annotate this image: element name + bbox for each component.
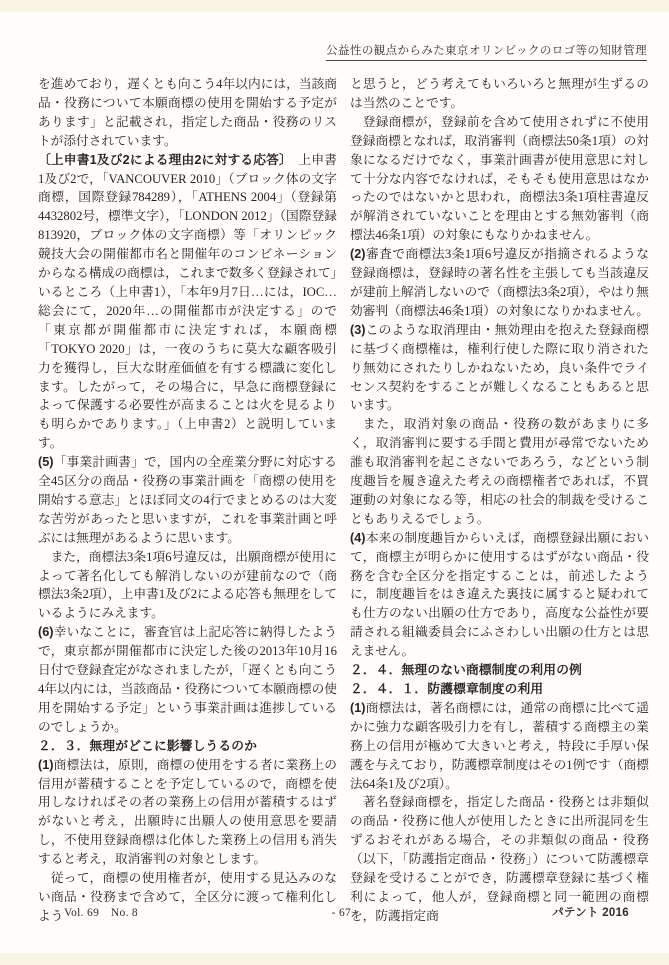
right-column: と思うと，どう考えてもいろいろと無理が生ずるのは当然のことです。登録商標が，登録… bbox=[350, 75, 649, 926]
paragraph-lead: (6) bbox=[38, 625, 54, 639]
article-body: を進めており，遅くとも向こう4年以内には，当該商品・役務について本願商標の使用を… bbox=[38, 75, 649, 926]
paragraph-lead: (2) bbox=[350, 247, 366, 261]
footer-volume: Vol. 69 No. 8 bbox=[64, 904, 138, 920]
document-page: 公益性の観点からみた東京オリンピックのロゴ等の知財管理 を進めており，遅くとも向… bbox=[0, 12, 669, 953]
paragraph-text: このような取消理由・無効理由を抱えた登録商標に基づく商標権は，権利行使した際に取… bbox=[350, 323, 649, 413]
paragraph: また，取消対象の商品・役務の数があまりに多く，取消審判に要する手間と費用が尋常で… bbox=[350, 415, 649, 528]
paragraph: (3)このような取消理由・無効理由を抱えた登録商標に基づく商標権は，権利行使した… bbox=[350, 321, 649, 416]
footer-page-number: - 67 - bbox=[138, 907, 552, 919]
paragraph: 〔上申書1及び2による理由2に対する応答〕 上申書1及び2で，「VANCOUVE… bbox=[38, 151, 337, 454]
paragraph: (1)商標法は，原則，商標の使用をする者に業務上の信用が蓄積することを予定してい… bbox=[38, 756, 337, 869]
paragraph-lead: (1) bbox=[38, 758, 54, 772]
paragraph: (5)「事業計画書」で，国内の全産業分野に対応する全45区分の商品・役務の事業計… bbox=[38, 453, 337, 548]
paragraph: (6)幸いなことに，審査官は上記応答に納得したようで，東京都が開催都市に決定した… bbox=[38, 623, 337, 736]
page-footer: Vol. 69 No. 8 - 67 - パテント 2016 bbox=[0, 904, 669, 920]
paragraph-text: 審査で商標法3条1項6号違反が指摘されるような登録商標は，登録時の著名性を主張し… bbox=[350, 247, 649, 318]
paragraph-lead: (4) bbox=[350, 531, 366, 545]
paragraph-lead: (5) bbox=[38, 455, 54, 469]
paragraph-lead: 〔上申書1及び2による理由2に対する応答〕 bbox=[38, 153, 286, 167]
paragraph-lead: (1) bbox=[350, 701, 366, 715]
paragraph: (4)本来の制度趣旨からいえば，商標登録出願において，商標主が明らかに使用するは… bbox=[350, 529, 649, 661]
left-column: を進めており，遅くとも向こう4年以内には，当該商品・役務について本願商標の使用を… bbox=[38, 75, 337, 926]
paragraph: 登録商標が，登録前を含めて使用されずに不使用登録商標となれば，取消審判（商標法5… bbox=[350, 113, 649, 245]
paragraph-text: 本来の制度趣旨からいえば，商標登録出願において，商標主が明らかに使用するはずがな… bbox=[350, 531, 649, 658]
section-heading: ２．４．１．防護標章制度の利用 bbox=[350, 680, 649, 699]
paragraph-text: 商標法は，原則，商標の使用をする者に業務上の信用が蓄積することを予定しているので… bbox=[38, 758, 337, 867]
paragraph: (1)商標法は，著名商標には，通常の商標に比べて遥かに強力な顧客吸引力を有し，蓄… bbox=[350, 699, 649, 794]
section-heading: ２．４．無理のない商標制度の利用の例 bbox=[350, 661, 649, 680]
footer-journal: パテント 2016 bbox=[552, 904, 629, 920]
paragraph: (2)審査で商標法3条1項6号違反が指摘されるような登録商標は，登録時の著名性を… bbox=[350, 245, 649, 321]
section-heading: ２．３．無理がどこに影響しうるのか bbox=[38, 737, 337, 756]
paragraph: と思うと，どう考えてもいろいろと無理が生ずるのは当然のことです。 bbox=[350, 75, 649, 113]
paragraph: また，商標法3条1項6号違反は，出願商標が使用によって著名化しても解消しないのが… bbox=[38, 548, 337, 624]
paragraph-lead: (3) bbox=[350, 323, 366, 337]
paragraph-text: 「事業計画書」で，国内の全産業分野に対応する全45区分の商品・役務の事業計画を「… bbox=[38, 455, 337, 545]
paragraph-text: 上申書1及び2で，「VANCOUVER 2010」（ブロック体の文字商標，国際登… bbox=[38, 153, 337, 451]
paragraph-text: 幸いなことに，審査官は上記応答に納得したようで，東京都が開催都市に決定した後の2… bbox=[38, 625, 337, 734]
running-head-title: 公益性の観点からみた東京オリンピックのロゴ等の知財管理 bbox=[326, 42, 647, 61]
paragraph-text: 商標法は，著名商標には，通常の商標に比べて遥かに強力な顧客吸引力を有し，蓄積する… bbox=[350, 701, 649, 791]
paragraph: を進めており，遅くとも向こう4年以内には，当該商品・役務について本願商標の使用を… bbox=[38, 75, 337, 151]
